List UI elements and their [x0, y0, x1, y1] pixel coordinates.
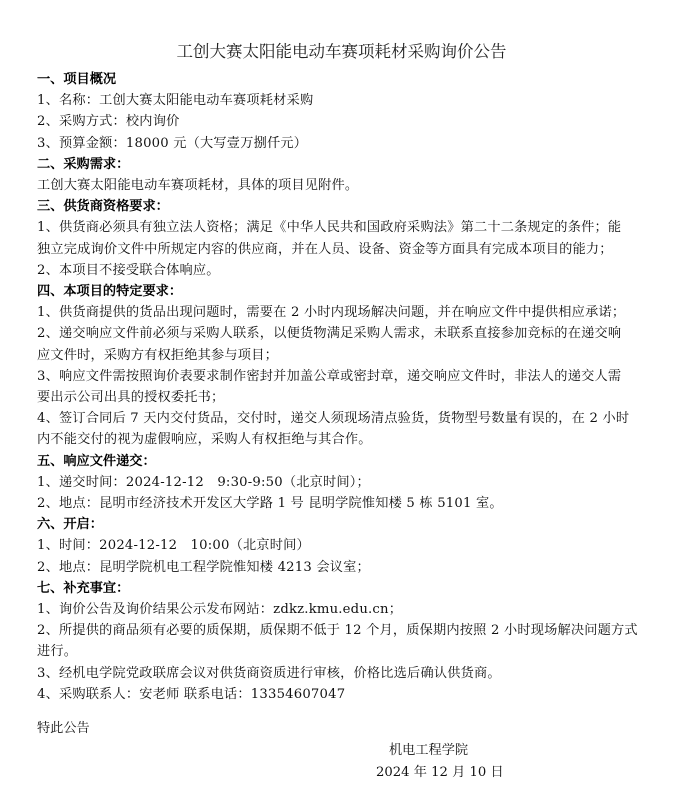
requirement-line: 要出示公司出具的授权委托书；	[37, 387, 652, 408]
requirement-line: 3、响应文件需按照询价表要求制作密封并加盖公章或密封章，递交响应文件时，非法人的…	[37, 366, 652, 387]
section-heading: 二、采购需求：	[37, 154, 652, 175]
requirement-line: 应文件时，采购方有权拒绝其参与项目；	[37, 345, 652, 366]
qualification-line: 1、供货商必须具有独立法人资格；满足《中华人民共和国政府采购法》第二十二条规定的…	[37, 217, 652, 238]
signature-date: 2024 年 12 月 10 日	[0, 762, 683, 783]
document-title: 工创大赛太阳能电动车赛项耗材采购询价公告	[0, 40, 683, 64]
procurement-method-line: 2、采购方式：校内询价	[37, 111, 652, 132]
warranty-line: 2、所提供的商品须有必要的质保期，质保期不低于 12 个月，质保期内按照 2 小…	[37, 620, 652, 641]
submission-location-line: 2、地点：昆明市经济技术开发区大学路 1 号 昆明学院惟知楼 5 栋 5101 …	[37, 493, 652, 514]
section-heading: 六、开启：	[37, 514, 652, 535]
section-heading: 一、项目概况	[37, 69, 652, 90]
opening-time-line: 1、时间：2024-12-12 10:00（北京时间）	[37, 535, 652, 556]
review-line: 3、经机电学院党政联席会议对供货商资质进行审核，价格比选后确认供货商。	[37, 663, 652, 684]
announcement-page: 工创大赛太阳能电动车赛项耗材采购询价公告 一、项目概况 1、名称：工创大赛太阳能…	[0, 0, 683, 802]
document-body: 一、项目概况 1、名称：工创大赛太阳能电动车赛项耗材采购 2、采购方式：校内询价…	[37, 69, 652, 705]
section-heading: 四、本项目的特定要求：	[37, 281, 652, 302]
section-opening: 六、开启： 1、时间：2024-12-12 10:00（北京时间） 2、地点：昆…	[37, 514, 652, 578]
section-supplier-qualifications: 三、供货商资格要求： 1、供货商必须具有独立法人资格；满足《中华人民共和国政府采…	[37, 196, 652, 281]
submission-time-line: 1、递交时间：2024-12-12 9:30-9:50（北京时间）；	[37, 472, 652, 493]
section-heading: 七、补充事宜：	[37, 578, 652, 599]
section-project-overview: 一、项目概况 1、名称：工创大赛太阳能电动车赛项耗材采购 2、采购方式：校内询价…	[37, 69, 652, 154]
section-supplementary: 七、补充事宜： 1、询价公告及询价结果公示发布网站：zdkz.kmu.edu.c…	[37, 578, 652, 705]
qualification-line: 2、本项目不接受联合体响应。	[37, 260, 652, 281]
requirement-line: 4、签订合同后 7 天内交付货品，交付时，递交人须现场清点验货，货物型号数量有误…	[37, 408, 652, 429]
warranty-line: 进行。	[37, 641, 652, 662]
requirement-line: 2、递交响应文件前必须与采购人联系，以便货物满足采购人需求，未联系直接参加竞标的…	[37, 323, 652, 344]
website-line: 1、询价公告及询价结果公示发布网站：zdkz.kmu.edu.cn；	[37, 599, 652, 620]
requirement-line: 1、供货商提供的货品出现问题时，需要在 2 小时内现场解决问题，并在响应文件中提…	[37, 302, 652, 323]
section-submission: 五、响应文件递交： 1、递交时间：2024-12-12 9:30-9:50（北京…	[37, 451, 652, 515]
section-heading: 三、供货商资格要求：	[37, 196, 652, 217]
opening-location-line: 2、地点：昆明学院机电工程学院惟知楼 4213 会议室；	[37, 557, 652, 578]
signature-organization: 机电工程学院	[0, 740, 683, 761]
budget-line: 3、预算金额：18000 元（大写壹万捌仟元）	[37, 133, 652, 154]
contact-line: 4、采购联系人：安老师 联系电话：13354607047	[37, 684, 652, 705]
needs-line: 工创大赛太阳能电动车赛项耗材，具体的项目见附件。	[37, 175, 652, 196]
project-name-line: 1、名称：工创大赛太阳能电动车赛项耗材采购	[37, 90, 652, 111]
section-procurement-needs: 二、采购需求： 工创大赛太阳能电动车赛项耗材，具体的项目见附件。	[37, 154, 652, 196]
qualification-line: 独立完成询价文件中所规定内容的供应商，并在人员、设备、资金等方面具有完成本项目的…	[37, 239, 652, 260]
requirement-line: 内不能交付的视为虚假响应，采购人有权拒绝与其合作。	[37, 429, 652, 450]
section-specific-requirements: 四、本项目的特定要求： 1、供货商提供的货品出现问题时，需要在 2 小时内现场解…	[37, 281, 652, 451]
closing-statement: 特此公告	[37, 718, 90, 739]
section-heading: 五、响应文件递交：	[37, 451, 652, 472]
